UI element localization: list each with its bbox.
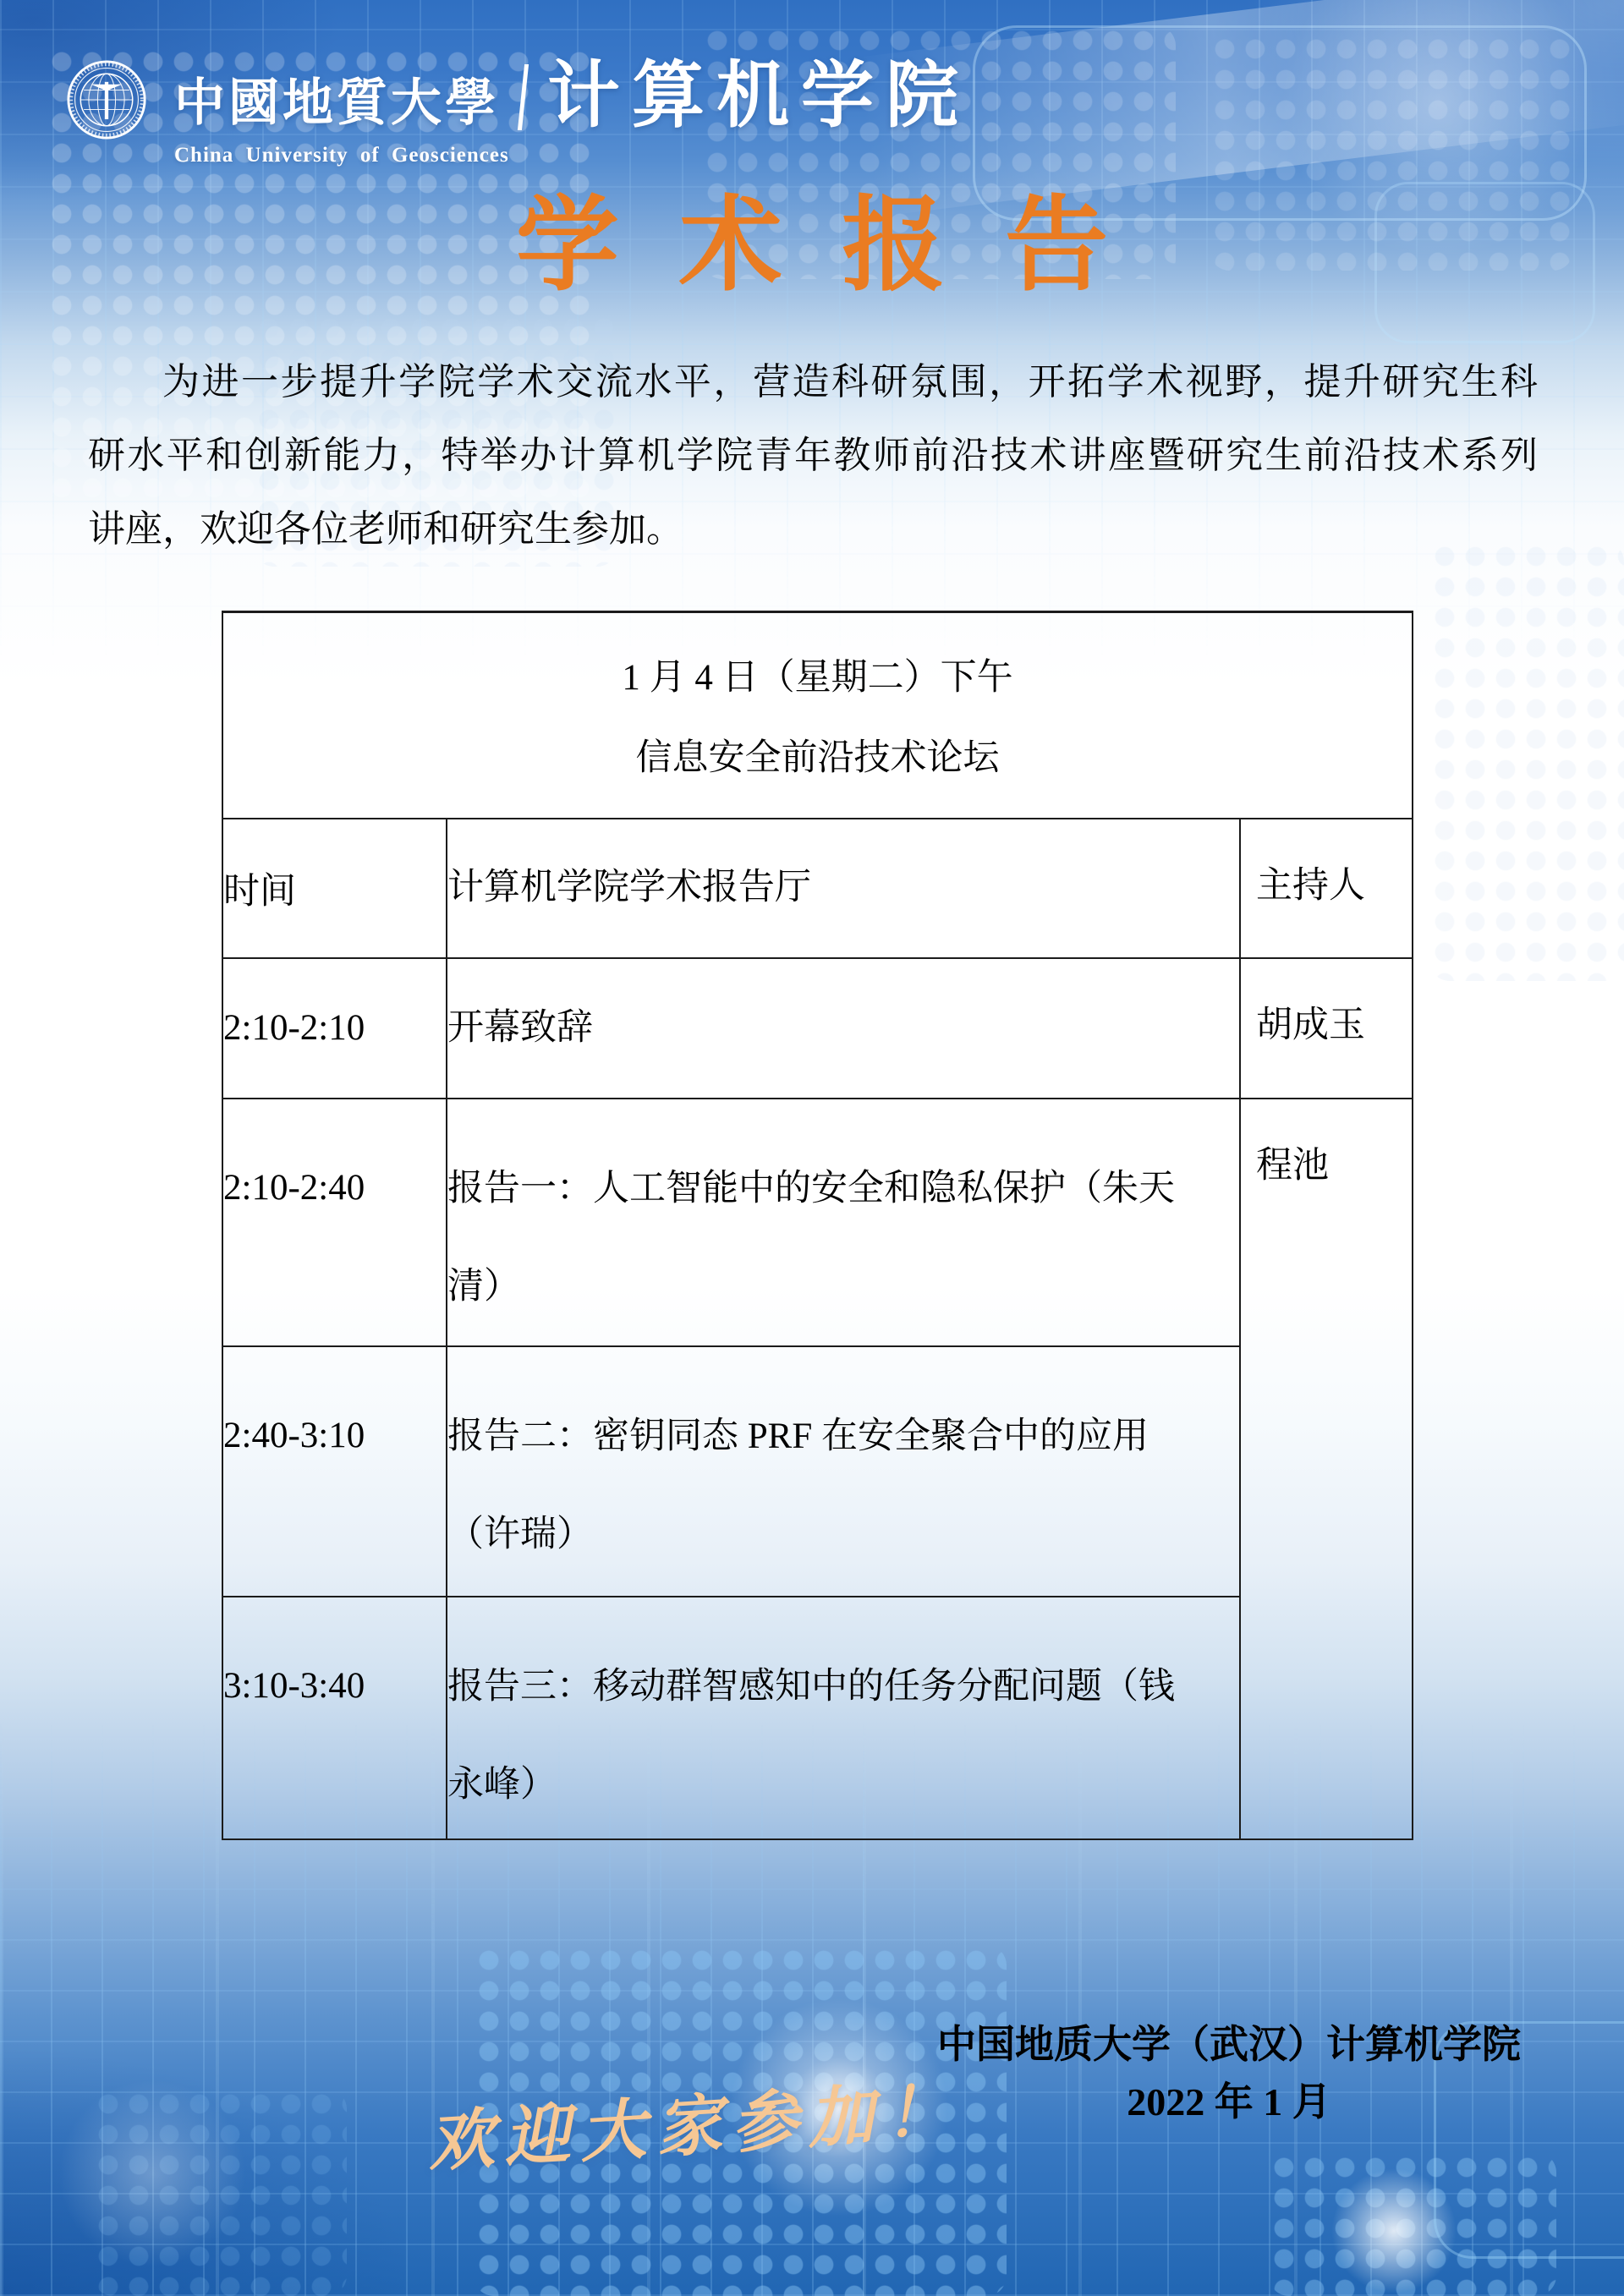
table-row: 2:10-2:10 开幕致辞 胡成玉 [222, 958, 1413, 1099]
host-cell: 程池 [1240, 1099, 1413, 1839]
time-cell: 时间 [222, 819, 447, 958]
content-cell: 报告一：人工智能中的安全和隐私保护（朱天 清） [447, 1099, 1240, 1346]
content-line: 计算机学院学术报告厅 [447, 866, 1239, 910]
content-line: 报告三：移动群智感知中的任务分配问题（钱 [447, 1665, 1239, 1709]
content-line: 清） [447, 1265, 1239, 1309]
intro-line: 讲座，欢迎各位老师和研究生参加。 [88, 492, 1538, 566]
time-cell: 3:10-3:40 [222, 1597, 447, 1839]
table-row: 2:40-3:10 报告二：密钥同态 PRF 在安全聚合中的应用 （许瑞） [222, 1346, 1413, 1597]
time-cell: 2:10-2:10 [222, 958, 447, 1099]
session-title: 信息安全前沿技术论坛 [223, 737, 1412, 780]
cug-emblem-icon [66, 59, 147, 140]
footer-date: 2022 年 1 月 [895, 2074, 1563, 2131]
content-line: （许瑞） [447, 1513, 1239, 1557]
intro-paragraph: 为进一步提升学院学术交流水平，营造科研氛围，开拓学术视野，提升研究生科 研水平和… [88, 345, 1538, 566]
content-cell: 开幕致辞 [447, 958, 1240, 1099]
content-line: 开幕致辞 [447, 1006, 1239, 1050]
time-cell: 2:40-3:10 [222, 1346, 447, 1597]
brand-divider [518, 64, 529, 130]
footer-organization: 中国地质大学（武汉）计算机学院 2022 年 1 月 [895, 2016, 1563, 2131]
table-row: 时间 计算机学院学术报告厅 主持人 [222, 819, 1413, 958]
intro-line: 为进一步提升学院学术交流水平，营造科研氛围，开拓学术视野，提升研究生科 [88, 345, 1538, 419]
intro-line: 研水平和创新能力，特举办计算机学院青年教师前沿技术讲座暨研究生前沿技术系列 [88, 419, 1538, 492]
host-cell: 胡成玉 [1240, 958, 1413, 1099]
content-cell: 报告二：密钥同态 PRF 在安全聚合中的应用 （许瑞） [447, 1346, 1240, 1597]
poster-page: 中國地質大學 计算机学院 China University of Geoscie… [0, 0, 1624, 2296]
content-line: 永峰） [447, 1763, 1239, 1807]
content-line: 报告一：人工智能中的安全和隐私保护（朱天 [447, 1167, 1239, 1211]
footer-org-name: 中国地质大学（武汉）计算机学院 [895, 2016, 1563, 2074]
brand-header: 中國地質大學 计算机学院 China University of Geoscie… [66, 59, 970, 167]
brand-university-name: 中國地質大學 [174, 63, 499, 135]
page-title: 学术报告 [0, 162, 1624, 310]
schedule-table: 1 月 4 日（星期二）下午 信息安全前沿技术论坛 时间 计算机学院学术报告厅 … [222, 611, 1413, 1840]
time-cell: 2:10-2:40 [222, 1099, 447, 1346]
table-row: 3:10-3:40 报告三：移动群智感知中的任务分配问题（钱 永峰） [222, 1597, 1413, 1839]
host-cell: 主持人 [1240, 819, 1413, 958]
table-header-cell: 1 月 4 日（星期二）下午 信息安全前沿技术论坛 [222, 612, 1413, 819]
table-row: 2:10-2:40 报告一：人工智能中的安全和隐私保护（朱天 清） 程池 [222, 1099, 1413, 1346]
brand-college-name: 计算机学院 [547, 59, 970, 132]
content-line: 报告二：密钥同态 PRF 在安全聚合中的应用 [447, 1415, 1239, 1459]
session-date: 1 月 4 日（星期二）下午 [223, 657, 1412, 699]
brand-name-line: 中國地質大學 计算机学院 [174, 59, 970, 135]
content-cell: 报告三：移动群智感知中的任务分配问题（钱 永峰） [447, 1597, 1240, 1839]
content-cell: 计算机学院学术报告厅 [447, 819, 1240, 958]
